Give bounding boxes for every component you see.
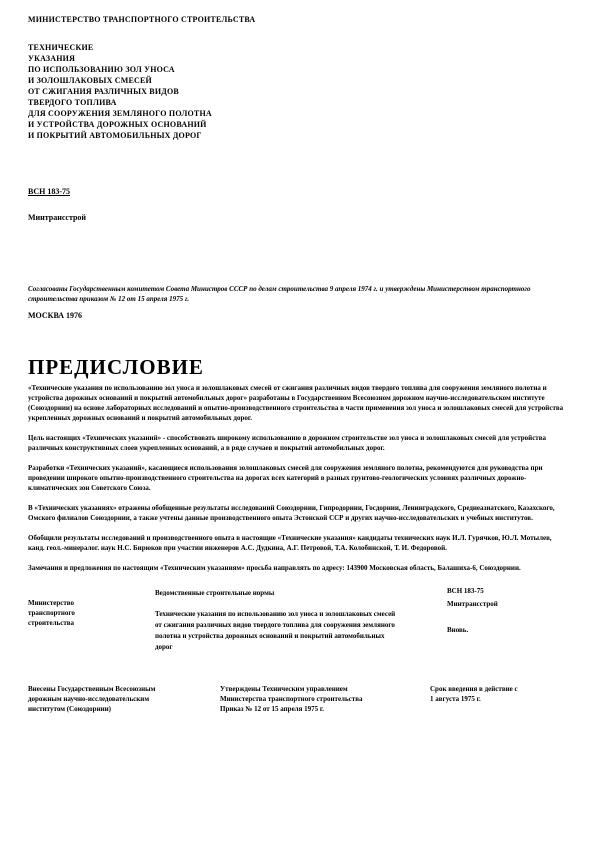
preface-paragraph: Замечания и предложения по настоящим «Те… [28, 563, 565, 573]
title-line: ОТ СЖИГАНИЯ РАЗЛИЧНЫХ ВИДОВ [28, 86, 565, 97]
preface-paragraph: В «Технических указаниях» отражены обобщ… [28, 503, 565, 523]
footer-submitted-cell: Внесены Государственным Всесоюзным дорож… [28, 684, 220, 714]
title-line: ДЛЯ СООРУЖЕНИЯ ЗЕМЛЯНОГО ПОЛОТНА [28, 108, 565, 119]
preface-paragraph: «Технические указания по использованию з… [28, 383, 565, 423]
title-line: УКАЗАНИЯ [28, 53, 565, 64]
footer-effective-date-text: Срок введения в действие с 1 августа 197… [430, 684, 522, 704]
approval-footer-table: Внесены Государственным Всесоюзным дорож… [28, 684, 565, 714]
document-page: МИНИСТЕРСТВО ТРАНСПОРТНОГО СТРОИТЕЛЬСТВА… [0, 0, 595, 842]
title-line: ПО ИСПОЛЬЗОВАНИЮ ЗОЛ УНОСА [28, 64, 565, 75]
norms-table-status: Вновь. [447, 624, 565, 637]
footer-approved-text: Утверждены Техническим управлением Минис… [220, 684, 378, 714]
preface-paragraph: Обобщили результаты исследований и произ… [28, 533, 565, 553]
norms-info-table: Министерство транспортного строительства… [28, 585, 565, 653]
title-line: И ЗОЛОШЛАКОВЫХ СМЕСЕЙ [28, 75, 565, 86]
preface-body: «Технические указания по использованию з… [28, 383, 565, 573]
ministry-header: МИНИСТЕРСТВО ТРАНСПОРТНОГО СТРОИТЕЛЬСТВА [28, 14, 565, 25]
footer-submitted-text: Внесены Государственным Всесоюзным дорож… [28, 684, 170, 714]
norms-table-agency: Минтрансстрой [447, 598, 565, 611]
title-line: И УСТРОЙСТВА ДОРОЖНЫХ ОСНОВАНИЙ [28, 119, 565, 130]
city-year: МОСКВА 1976 [28, 310, 565, 321]
title-line: И ПОКРЫТИЙ АВТОМОБИЛЬНЫХ ДОРОГ [28, 130, 565, 141]
preface-paragraph: Разработки «Технических указаний», касаю… [28, 463, 565, 493]
norms-table-number-cell: ВСН 183-75 Минтрансстрой Вновь. [447, 585, 565, 637]
norms-table-title-cell: Ведомственные строительные нормы Техниче… [155, 585, 447, 653]
document-title: ТЕХНИЧЕСКИЕ УКАЗАНИЯ ПО ИСПОЛЬЗОВАНИЮ ЗО… [28, 42, 565, 141]
norms-table-doc-number: ВСН 183-75 [447, 585, 565, 598]
section-heading: ПРЕДИСЛОВИЕ [28, 355, 565, 379]
title-line: ТЕХНИЧЕСКИЕ [28, 42, 565, 53]
footer-effective-date-cell: Срок введения в действие с 1 августа 197… [430, 684, 565, 704]
doc-number: ВСН 183-75 [28, 186, 565, 197]
norms-table-ministry-text: Министерство транспортного строительства [28, 598, 86, 628]
norms-table-ministry-cell: Министерство транспортного строительства [28, 585, 155, 628]
norms-table-title-text: Технические указания по использованию зо… [155, 609, 400, 653]
norms-table-doc-type-label: Ведомственные строительные нормы [155, 588, 447, 598]
approval-note: Согласованы Государственным комитетом Со… [28, 284, 565, 304]
footer-approved-cell: Утверждены Техническим управлением Минис… [220, 684, 430, 714]
preface-paragraph: Цель настоящих «Технических указаний» - … [28, 433, 565, 453]
title-line: ТВЕРДОГО ТОПЛИВА [28, 97, 565, 108]
agency-name: Минтрансстрой [28, 212, 565, 223]
